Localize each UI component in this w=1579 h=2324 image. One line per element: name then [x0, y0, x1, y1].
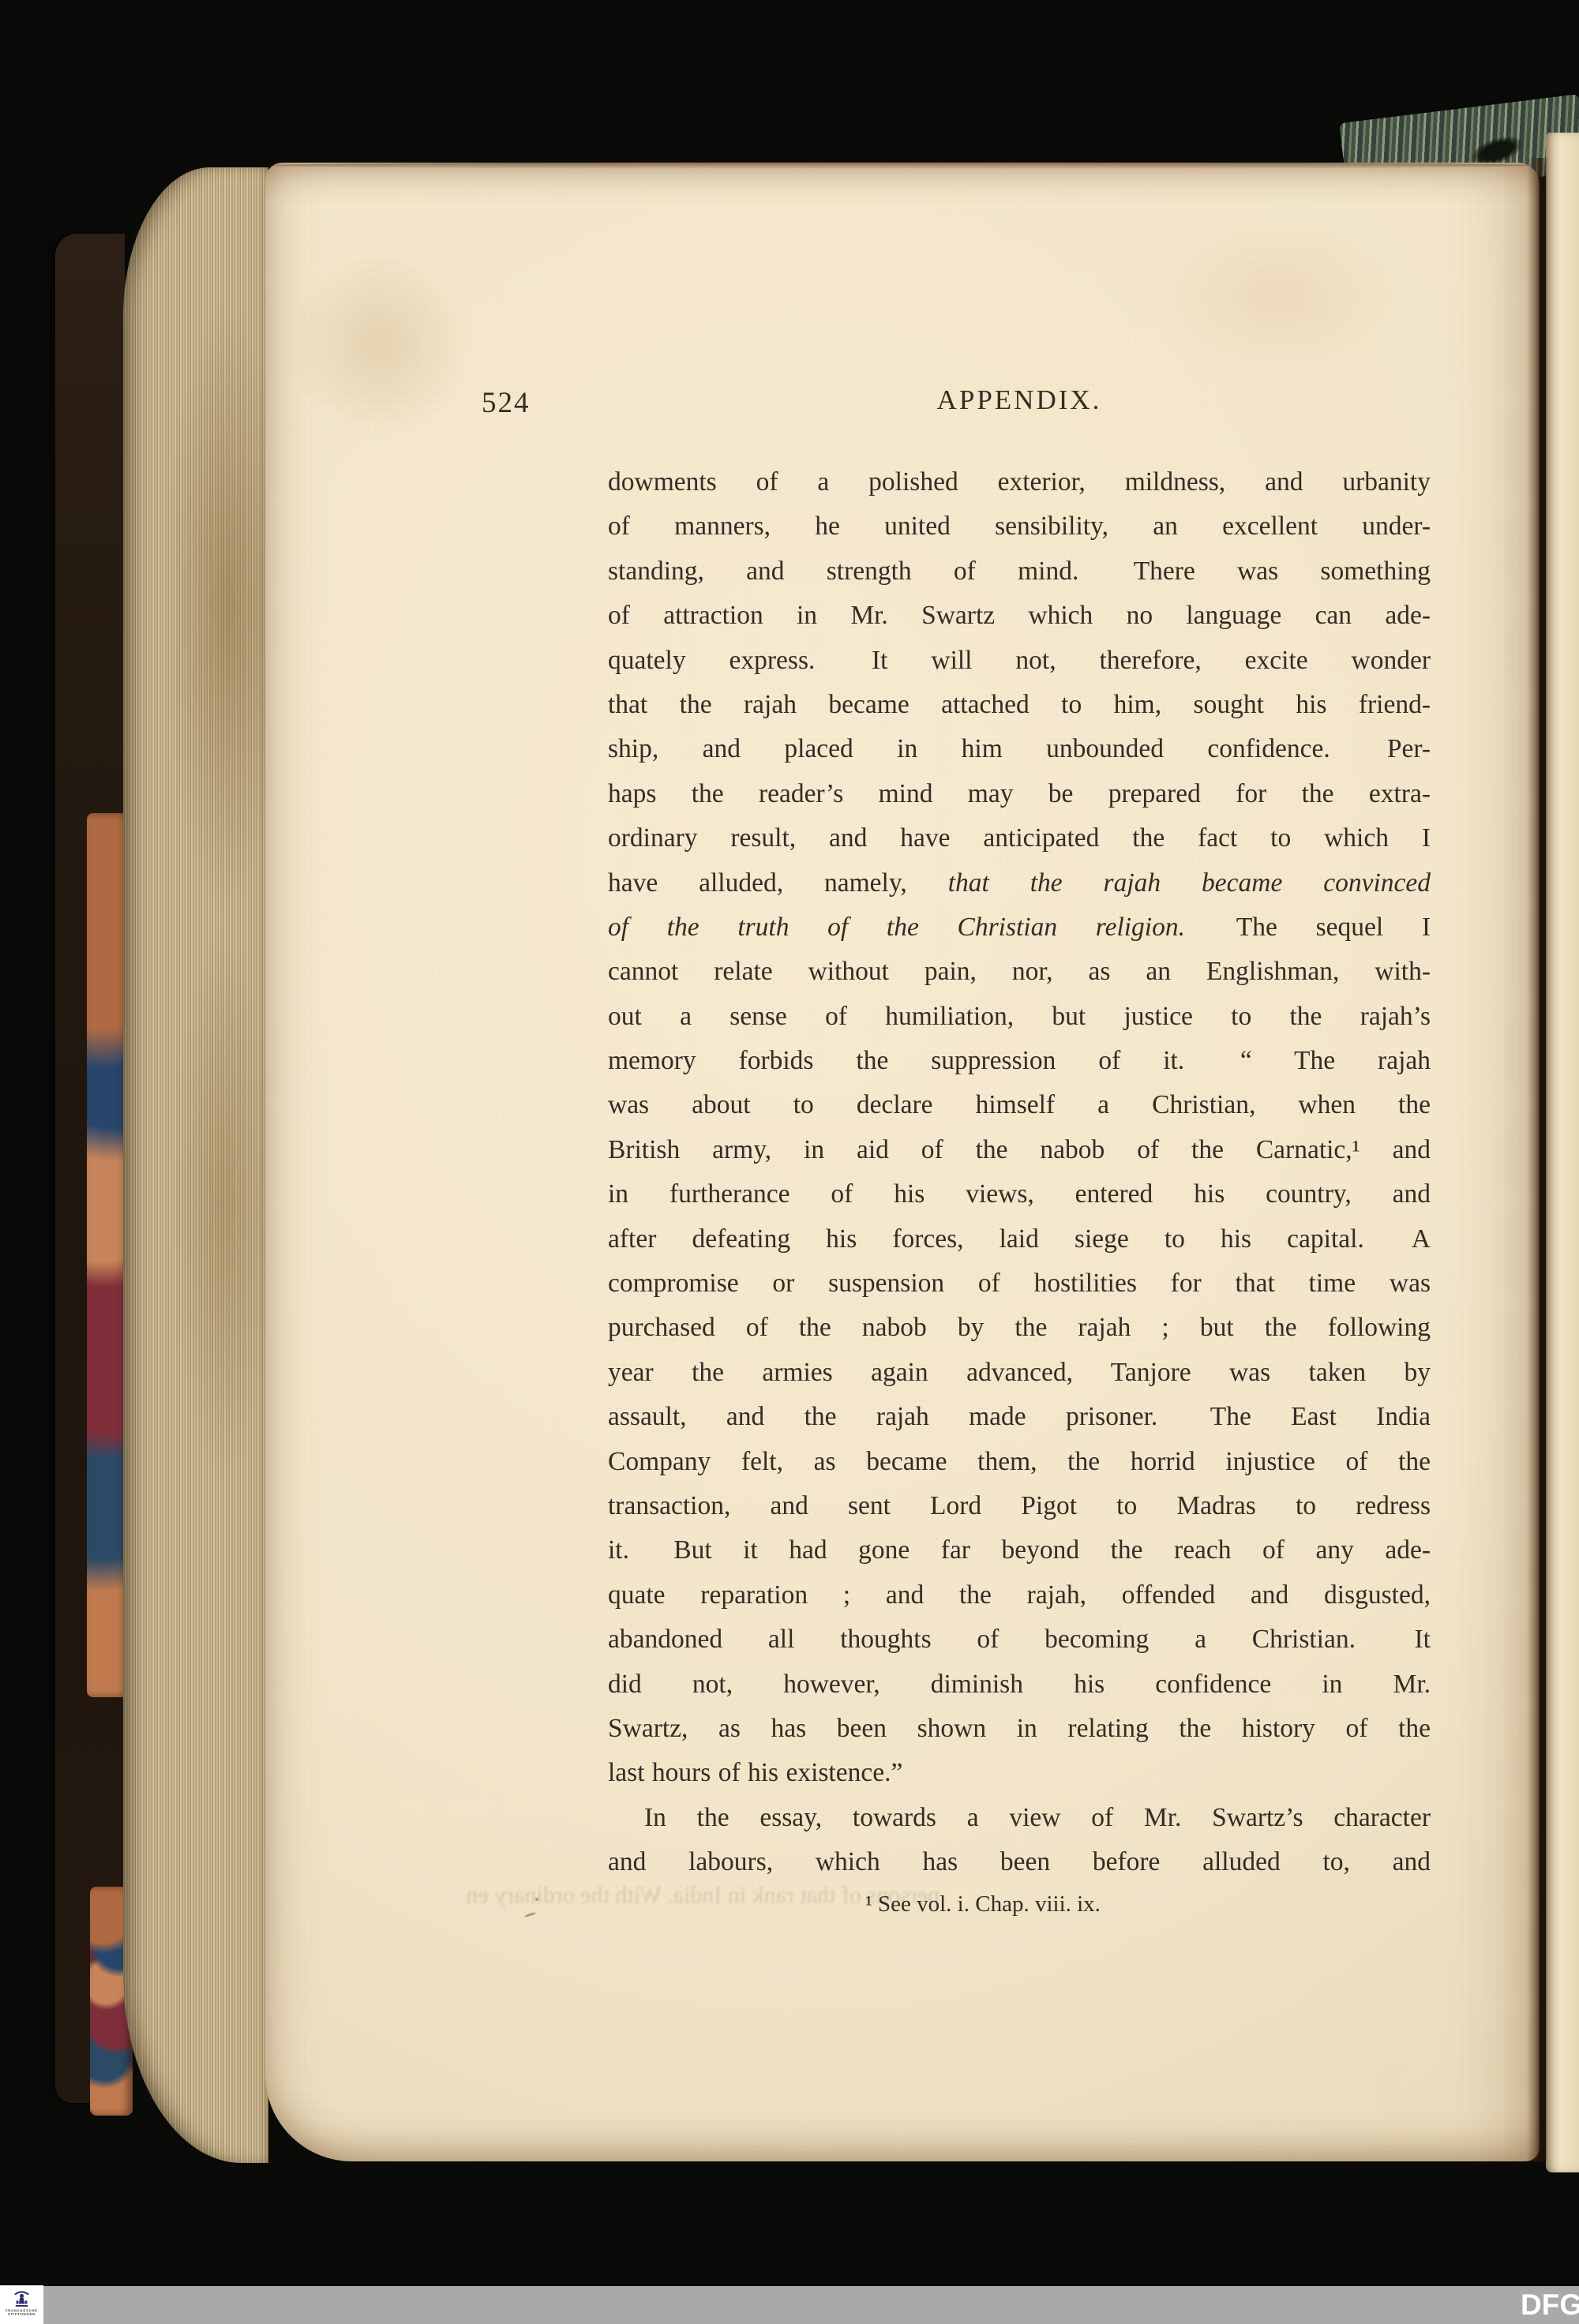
body-line-segment: in furtherance of his views, entered his…	[608, 1179, 1431, 1209]
body-line: Swartz, as has been shown in relating th…	[608, 1707, 1431, 1751]
body-line: cannot relate without pain, nor, as an E…	[608, 950, 1431, 994]
body-line-segment: that the rajah became attached to him, s…	[608, 690, 1431, 719]
body-line-segment: of attraction in Mr. Swartz which no lan…	[608, 601, 1431, 630]
page-number: 524	[482, 386, 531, 420]
scanned-book-photo: 524 APPENDIX. persons of that rank in In…	[0, 0, 1579, 2324]
body-line: haps the reader’s mind may be prepared f…	[608, 772, 1431, 816]
body-line: ship, and placed in him unbounded confid…	[608, 727, 1431, 771]
body-line-italic-segment: of the truth of the Christian religion.	[608, 913, 1185, 942]
body-line-segment: last hours of his existence.”	[608, 1758, 902, 1787]
paper-stain	[291, 251, 468, 437]
body-line-segment: In the essay, towards a view of Mr. Swar…	[644, 1803, 1431, 1832]
body-line-segment: it. But it had gone far beyond the reach…	[608, 1535, 1431, 1565]
body-line-segment: ship, and placed in him unbounded confid…	[608, 734, 1431, 763]
digitization-footer-bar	[0, 2286, 1579, 2324]
body-line: transaction, and sent Lord Pigot to Madr…	[608, 1484, 1431, 1528]
footnote: ¹ See vol. i. Chap. viii. ix.	[572, 1891, 1394, 1917]
body-line-segment: did not, however, diminish his confidenc…	[608, 1670, 1431, 1699]
body-line: did not, however, diminish his confidenc…	[608, 1662, 1431, 1707]
body-line-segment: out a sense of humiliation, but justice …	[608, 1002, 1431, 1031]
body-line-segment: haps the reader’s mind may be prepared f…	[608, 779, 1431, 808]
body-line-segment: after defeating his forces, laid siege t…	[608, 1224, 1431, 1254]
body-line: dowments of a polished exterior, mildnes…	[608, 460, 1431, 504]
body-line: have alluded, namely, that the rajah bec…	[608, 861, 1431, 905]
library-logo-box: FRANCKESCHE STIFTUNGEN	[0, 2285, 43, 2324]
body-text: dowments of a polished exterior, mildnes…	[608, 460, 1431, 1885]
body-line-segment: dowments of a polished exterior, mildnes…	[608, 467, 1431, 497]
body-line: in furtherance of his views, entered his…	[608, 1172, 1431, 1216]
body-line: after defeating his forces, laid siege t…	[608, 1217, 1431, 1261]
body-line-segment: assault, and the rajah made prisoner. Th…	[608, 1402, 1431, 1431]
body-line-segment: and labours, which has been before allud…	[608, 1847, 1431, 1876]
body-line-segment: transaction, and sent Lord Pigot to Madr…	[608, 1491, 1431, 1520]
body-line-segment: year the armies again advanced, Tanjore …	[608, 1358, 1431, 1387]
body-line: that the rajah became attached to him, s…	[608, 683, 1431, 727]
page-top-rim-shadow	[272, 162, 1532, 169]
body-line-italic-segment: that the rajah became convinced	[948, 868, 1431, 898]
body-line: of manners, he united sensibility, an ex…	[608, 504, 1431, 549]
library-logo-text: FRANCKESCHE STIFTUNGEN	[0, 2309, 43, 2316]
gutter-shadow	[1527, 158, 1547, 2161]
body-line: Company felt, as became them, the horrid…	[608, 1440, 1431, 1484]
body-line: it. But it had gone far beyond the reach…	[608, 1528, 1431, 1572]
body-line-segment: Company felt, as became them, the horrid…	[608, 1447, 1431, 1476]
paper-stain	[1161, 221, 1397, 371]
body-line: last hours of his existence.”	[608, 1751, 1431, 1795]
body-line: year the armies again advanced, Tanjore …	[608, 1351, 1431, 1395]
body-line: compromise or suspension of hostilities …	[608, 1261, 1431, 1306]
body-line-segment: quately express. It will not, therefore,…	[608, 646, 1431, 675]
body-line-segment: of manners, he united sensibility, an ex…	[608, 512, 1431, 541]
pencil-dot	[535, 1898, 538, 1901]
body-line: ordinary result, and have anticipated th…	[608, 816, 1431, 860]
body-line: standing, and strength of mind. There wa…	[608, 549, 1431, 594]
body-line: of attraction in Mr. Swartz which no lan…	[608, 594, 1431, 638]
facing-page-sliver	[1546, 133, 1579, 2172]
body-line-segment: purchased of the nabob by the rajah ; bu…	[608, 1313, 1431, 1342]
body-line: In the essay, towards a view of Mr. Swar…	[608, 1796, 1431, 1840]
franckesche-stiftungen-logo-icon	[13, 2288, 30, 2308]
body-line-segment: quate reparation ; and the rajah, offend…	[608, 1580, 1431, 1610]
body-line: purchased of the nabob by the rajah ; bu…	[608, 1306, 1431, 1350]
body-line-segment: ordinary result, and have anticipated th…	[608, 823, 1431, 853]
body-line: out a sense of humiliation, but justice …	[608, 995, 1431, 1039]
body-line: memory forbids the suppression of it. “ …	[608, 1039, 1431, 1083]
body-line: of the truth of the Christian religion. …	[608, 905, 1431, 950]
running-header: APPENDIX.	[608, 384, 1431, 416]
body-line: abandoned all thoughts of becoming a Chr…	[608, 1617, 1431, 1662]
body-line-segment: British army, in aid of the nabob of the…	[608, 1135, 1431, 1164]
body-line: and labours, which has been before allud…	[608, 1840, 1431, 1884]
body-line-segment: memory forbids the suppression of it. “ …	[608, 1046, 1431, 1075]
dfg-logo: DFG	[1521, 2288, 1579, 2322]
library-logo-text-line2: STIFTUNGEN	[0, 2313, 43, 2317]
body-line-segment: Swartz, as has been shown in relating th…	[608, 1714, 1431, 1743]
body-line-segment: cannot relate without pain, nor, as an E…	[608, 957, 1431, 986]
body-line-segment: abandoned all thoughts of becoming a Chr…	[608, 1625, 1431, 1654]
body-line-segment: was about to declare himself a Christian…	[608, 1090, 1431, 1119]
body-line: was about to declare himself a Christian…	[608, 1083, 1431, 1127]
body-line-segment: The sequel I	[1185, 913, 1431, 942]
page-fore-edge-stack	[123, 167, 268, 2163]
body-line-segment: have alluded, namely,	[608, 868, 948, 898]
body-line-segment: standing, and strength of mind. There wa…	[608, 557, 1431, 586]
body-line: assault, and the rajah made prisoner. Th…	[608, 1395, 1431, 1439]
body-line: British army, in aid of the nabob of the…	[608, 1128, 1431, 1172]
body-line-segment: compromise or suspension of hostilities …	[608, 1269, 1431, 1298]
body-line: quate reparation ; and the rajah, offend…	[608, 1573, 1431, 1617]
body-line: quately express. It will not, therefore,…	[608, 639, 1431, 683]
